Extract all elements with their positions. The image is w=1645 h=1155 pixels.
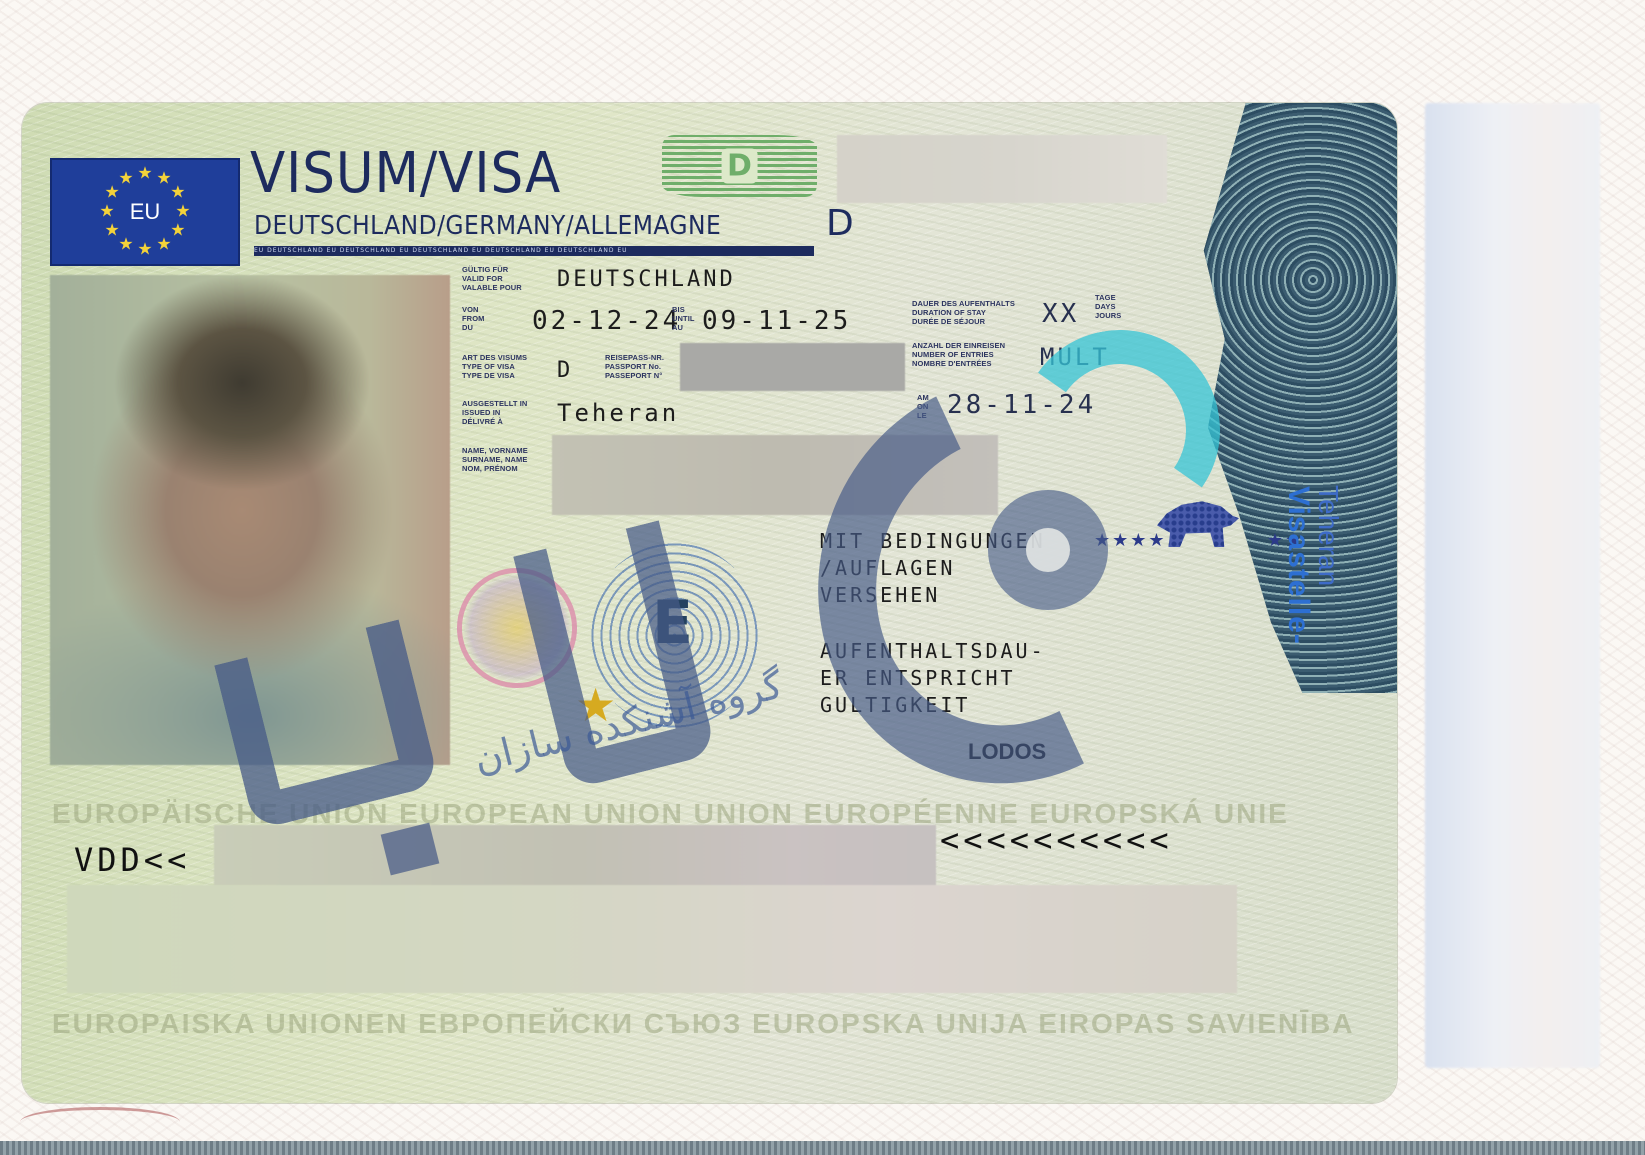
label-passport-number: REISEPASS-NR. PASSPORT No. PASSEPORT N° <box>605 353 664 380</box>
issuing-state: DEUTSCHLAND/GERMANY/ALLEMAGNE <box>254 211 721 241</box>
eu-star-icon: ★ <box>118 171 133 188</box>
label-issued-in: AUSGESTELLT IN ISSUED IN DÉLIVRÉ À <box>462 399 527 426</box>
redacted-mrz-line-1 <box>214 825 936 893</box>
redacted-holder-name <box>552 435 998 515</box>
holder-photo-blurred <box>50 275 450 765</box>
eu-star-icon: ★ <box>170 185 185 202</box>
page-edge-strip <box>0 1141 1645 1155</box>
label-from: VON FROM DU <box>462 305 484 332</box>
eu-flag-label: EU <box>125 197 165 227</box>
visa-category-badge: D <box>662 135 817 197</box>
label-number-of-entries: ANZAHL DER EINREISEN NUMBER OF ENTRIES N… <box>912 341 1005 368</box>
eu-flag-icon: ★★★★★★★★★★★★ EU <box>50 158 240 266</box>
visa-title: VISUM/VISA <box>250 141 561 206</box>
visa-category-suffix: D <box>826 203 854 244</box>
hologram-icon <box>457 568 577 688</box>
label-duration-of-stay: DAUER DES AUFENTHALTS DURATION OF STAY D… <box>912 299 1015 326</box>
label-issued-on: AM ON LE <box>917 393 929 420</box>
label-name: NAME, VORNAME SURNAME, NAME NOM, PRÉNOM <box>462 446 528 473</box>
remarks-conditions: MIT BEDINGUNGEN /AUFLAGEN VERSEHEN <box>820 528 1046 609</box>
signature: LODOS <box>968 739 1046 765</box>
mrz-line-1-prefix: VDD<< <box>74 841 190 879</box>
microprint-band: EU DEUTSCHLAND EU DEUTSCHLAND EU DEUTSCH… <box>254 246 814 256</box>
eu-star-icon: ★ <box>170 223 185 240</box>
stamp-issuing-office: Visastelle- <box>1275 486 1315 706</box>
visa-sticker: ★★★★★★★★★★★★ EU VISUM/VISA DEUTSCHLAND/G… <box>22 103 1397 1103</box>
value-duration-of-stay: XX <box>1042 299 1079 329</box>
page-ornament <box>20 1107 180 1137</box>
stamp-city: Teheran <box>1312 485 1344 586</box>
eu-star-icon: ★ <box>104 223 119 240</box>
value-issued-in: Teheran <box>557 399 679 427</box>
mrz-line-1-suffix: <<<<<<<<<< <box>940 821 1173 859</box>
value-type-of-visa: D <box>557 358 573 383</box>
eu-star-icon: ★ <box>175 204 190 221</box>
value-from: 02-12-24 <box>532 306 681 336</box>
eu-star-icon: ★ <box>156 236 171 253</box>
eu-star-icon: ★ <box>137 166 152 183</box>
stars-decoration: ★★★★ ★★ <box>1094 530 1303 551</box>
eu-star-icon: ★ <box>118 236 133 253</box>
value-number-of-entries: MULT <box>1040 343 1110 371</box>
value-valid-for: DEUTSCHLAND <box>557 267 736 292</box>
label-days: TAGE DAYS JOURS <box>1095 293 1121 320</box>
remarks-duration: AUFENTHALTSDAU- ER ENTSPRICHT GULTIGKEIT <box>820 638 1046 719</box>
hologram-letter-icon: E <box>652 588 693 658</box>
visa-category-badge-letter: D <box>721 149 758 184</box>
label-valid-for: GÜLTIG FÜR VALID FOR VALABLE POUR <box>462 265 522 292</box>
redacted-passport-number <box>680 343 905 391</box>
redacted-mrz-line-2 <box>67 885 1237 993</box>
redacted-top-field <box>837 135 1167 203</box>
eu-star-icon: ★ <box>99 204 114 221</box>
eu-star-icon: ★ <box>137 242 152 259</box>
security-band-2: EUROPAISKA UNIONEN EBPOПЕЙСКИ СЪЮЗ EUROP… <box>52 1008 1354 1040</box>
value-until: 09-11-25 <box>702 306 851 336</box>
label-until: BIS UNTIL AU <box>672 305 695 332</box>
redacted-stamp-area <box>1425 103 1600 1068</box>
value-issued-on: 28-11-24 <box>947 390 1096 420</box>
label-type-of-visa: ART DES VISUMS TYPE OF VISA TYPE DE VISA <box>462 353 527 380</box>
